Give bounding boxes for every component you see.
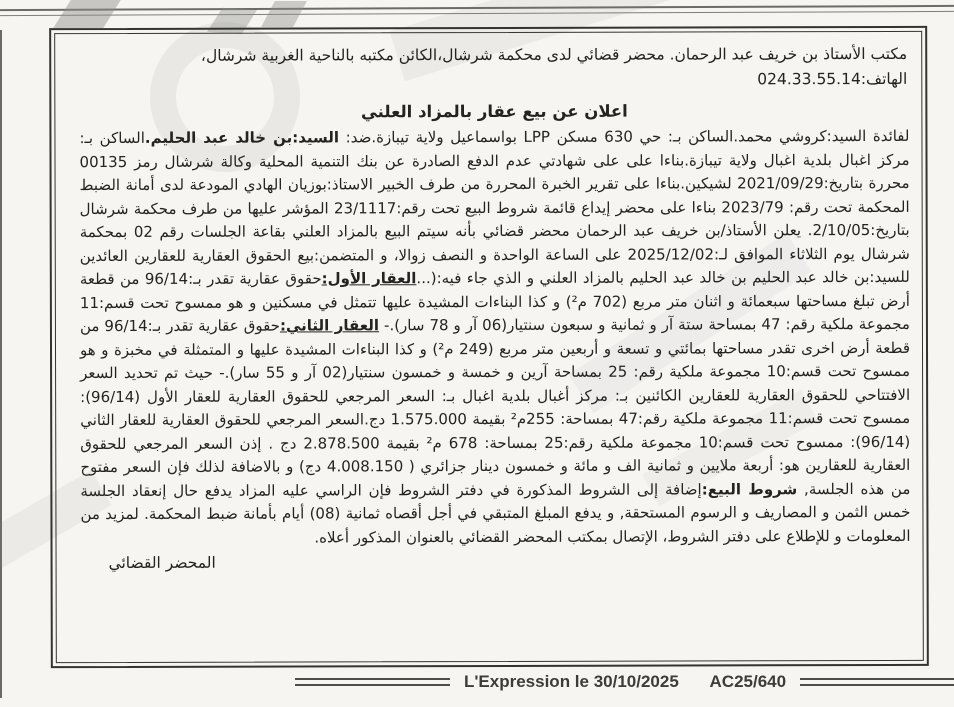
notice-frame: مكتب الأستاذ بن خريف عبد الرحمان. محضر ق…	[49, 26, 929, 668]
scan-page-edge	[0, 30, 2, 698]
body-segment: حقوق عقارية تقدر بـ:96/14 من قطعة أرض اخ…	[75, 317, 910, 498]
notice-title: اعلان عن بيع عقار بالمزاد العلني	[77, 101, 911, 122]
body-segment-property2-label: العقار الثاني:	[280, 316, 379, 334]
footer-rule-left	[295, 678, 450, 686]
body-segment-sale-terms-label: شروط البيع:	[702, 480, 798, 498]
notice-frame-inner: مكتب الأستاذ بن خريف عبد الرحمان. محضر ق…	[54, 31, 924, 663]
body-segment: الساكن بـ: مركز اغبال بلدية اغبال ولاية …	[75, 129, 910, 287]
footer-text: L'Expression le 30/10/2025 AC25/640	[450, 672, 800, 692]
publication-footer: L'Expression le 30/10/2025 AC25/640	[0, 669, 954, 695]
body-segment: لفائدة السيد:كروشي محمد.الساكن بـ: حي 63…	[339, 127, 909, 146]
announcement-reference: AC25/640	[710, 672, 787, 691]
publication-name-date: L'Expression le 30/10/2025	[464, 672, 679, 691]
bailiff-office-header: مكتب الأستاذ بن خريف عبد الرحمان. محضر ق…	[107, 42, 907, 94]
body-segment-property1-label: العقار الأول:	[322, 269, 417, 287]
body-segment-defendant: السيد:بن خالد عبد الحليم.	[145, 128, 339, 147]
footer-rule-right	[800, 678, 954, 686]
signature-label: المحضر القضائي	[79, 552, 913, 572]
notice-body: لفائدة السيد:كروشي محمد.الساكن بـ: حي 63…	[79, 125, 910, 550]
watermark-shape	[53, 0, 120, 28]
scanned-newspaper-notice: مكتب الأستاذ بن خريف عبد الرحمان. محضر ق…	[0, 0, 954, 707]
